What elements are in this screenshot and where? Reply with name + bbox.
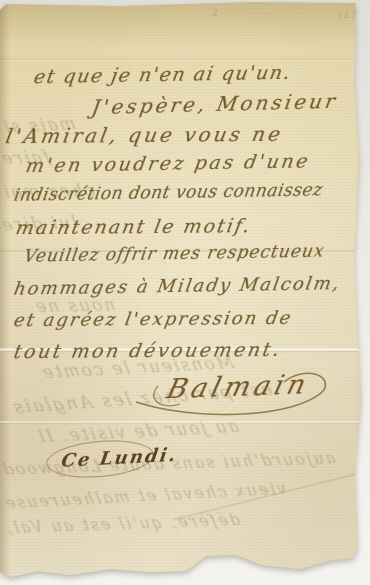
pencil-annotation: 2·· ·· ····· ·· ··· <box>212 9 307 19</box>
corner-mark: (13) <box>338 11 364 21</box>
letter-line: maintenant le motif. <box>14 215 253 239</box>
bleedthrough-line: défère, qu'il est au Val, <box>3 510 242 537</box>
letter-line: tout mon dévouement. <box>12 339 283 363</box>
letter-page: 2·· ·· ····· ·· ··· (13) mais si faire c… <box>0 0 370 585</box>
letter-line: J'espère, Monsieur <box>90 89 340 119</box>
letter-line: et que je n'en ai qu'un. <box>32 62 293 88</box>
bleedthrough-line: vieux cheval et malheureuse <box>1 479 288 513</box>
signature: Balmain <box>163 370 312 406</box>
letter-line: indiscrétion dont vous connaissez <box>12 181 324 206</box>
paper-crease <box>0 58 370 59</box>
paper-shadow: 2·· ·· ····· ·· ··· (13) mais si faire c… <box>0 0 370 585</box>
letter-line: l'Amiral, que vous ne <box>4 122 286 148</box>
bleedthrough-line: au jour de visite. Il <box>35 417 241 448</box>
letter-line: hommages à Milady Malcolm, <box>12 273 342 300</box>
letter-line: et agréez l'expression de <box>12 308 294 331</box>
scan-background: 2·· ·· ····· ·· ··· (13) mais si faire c… <box>0 0 370 585</box>
letter-line: Veuillez offrir mes respectueux <box>22 242 326 267</box>
letter-line: m'en voudrez pas d'une <box>24 150 312 177</box>
